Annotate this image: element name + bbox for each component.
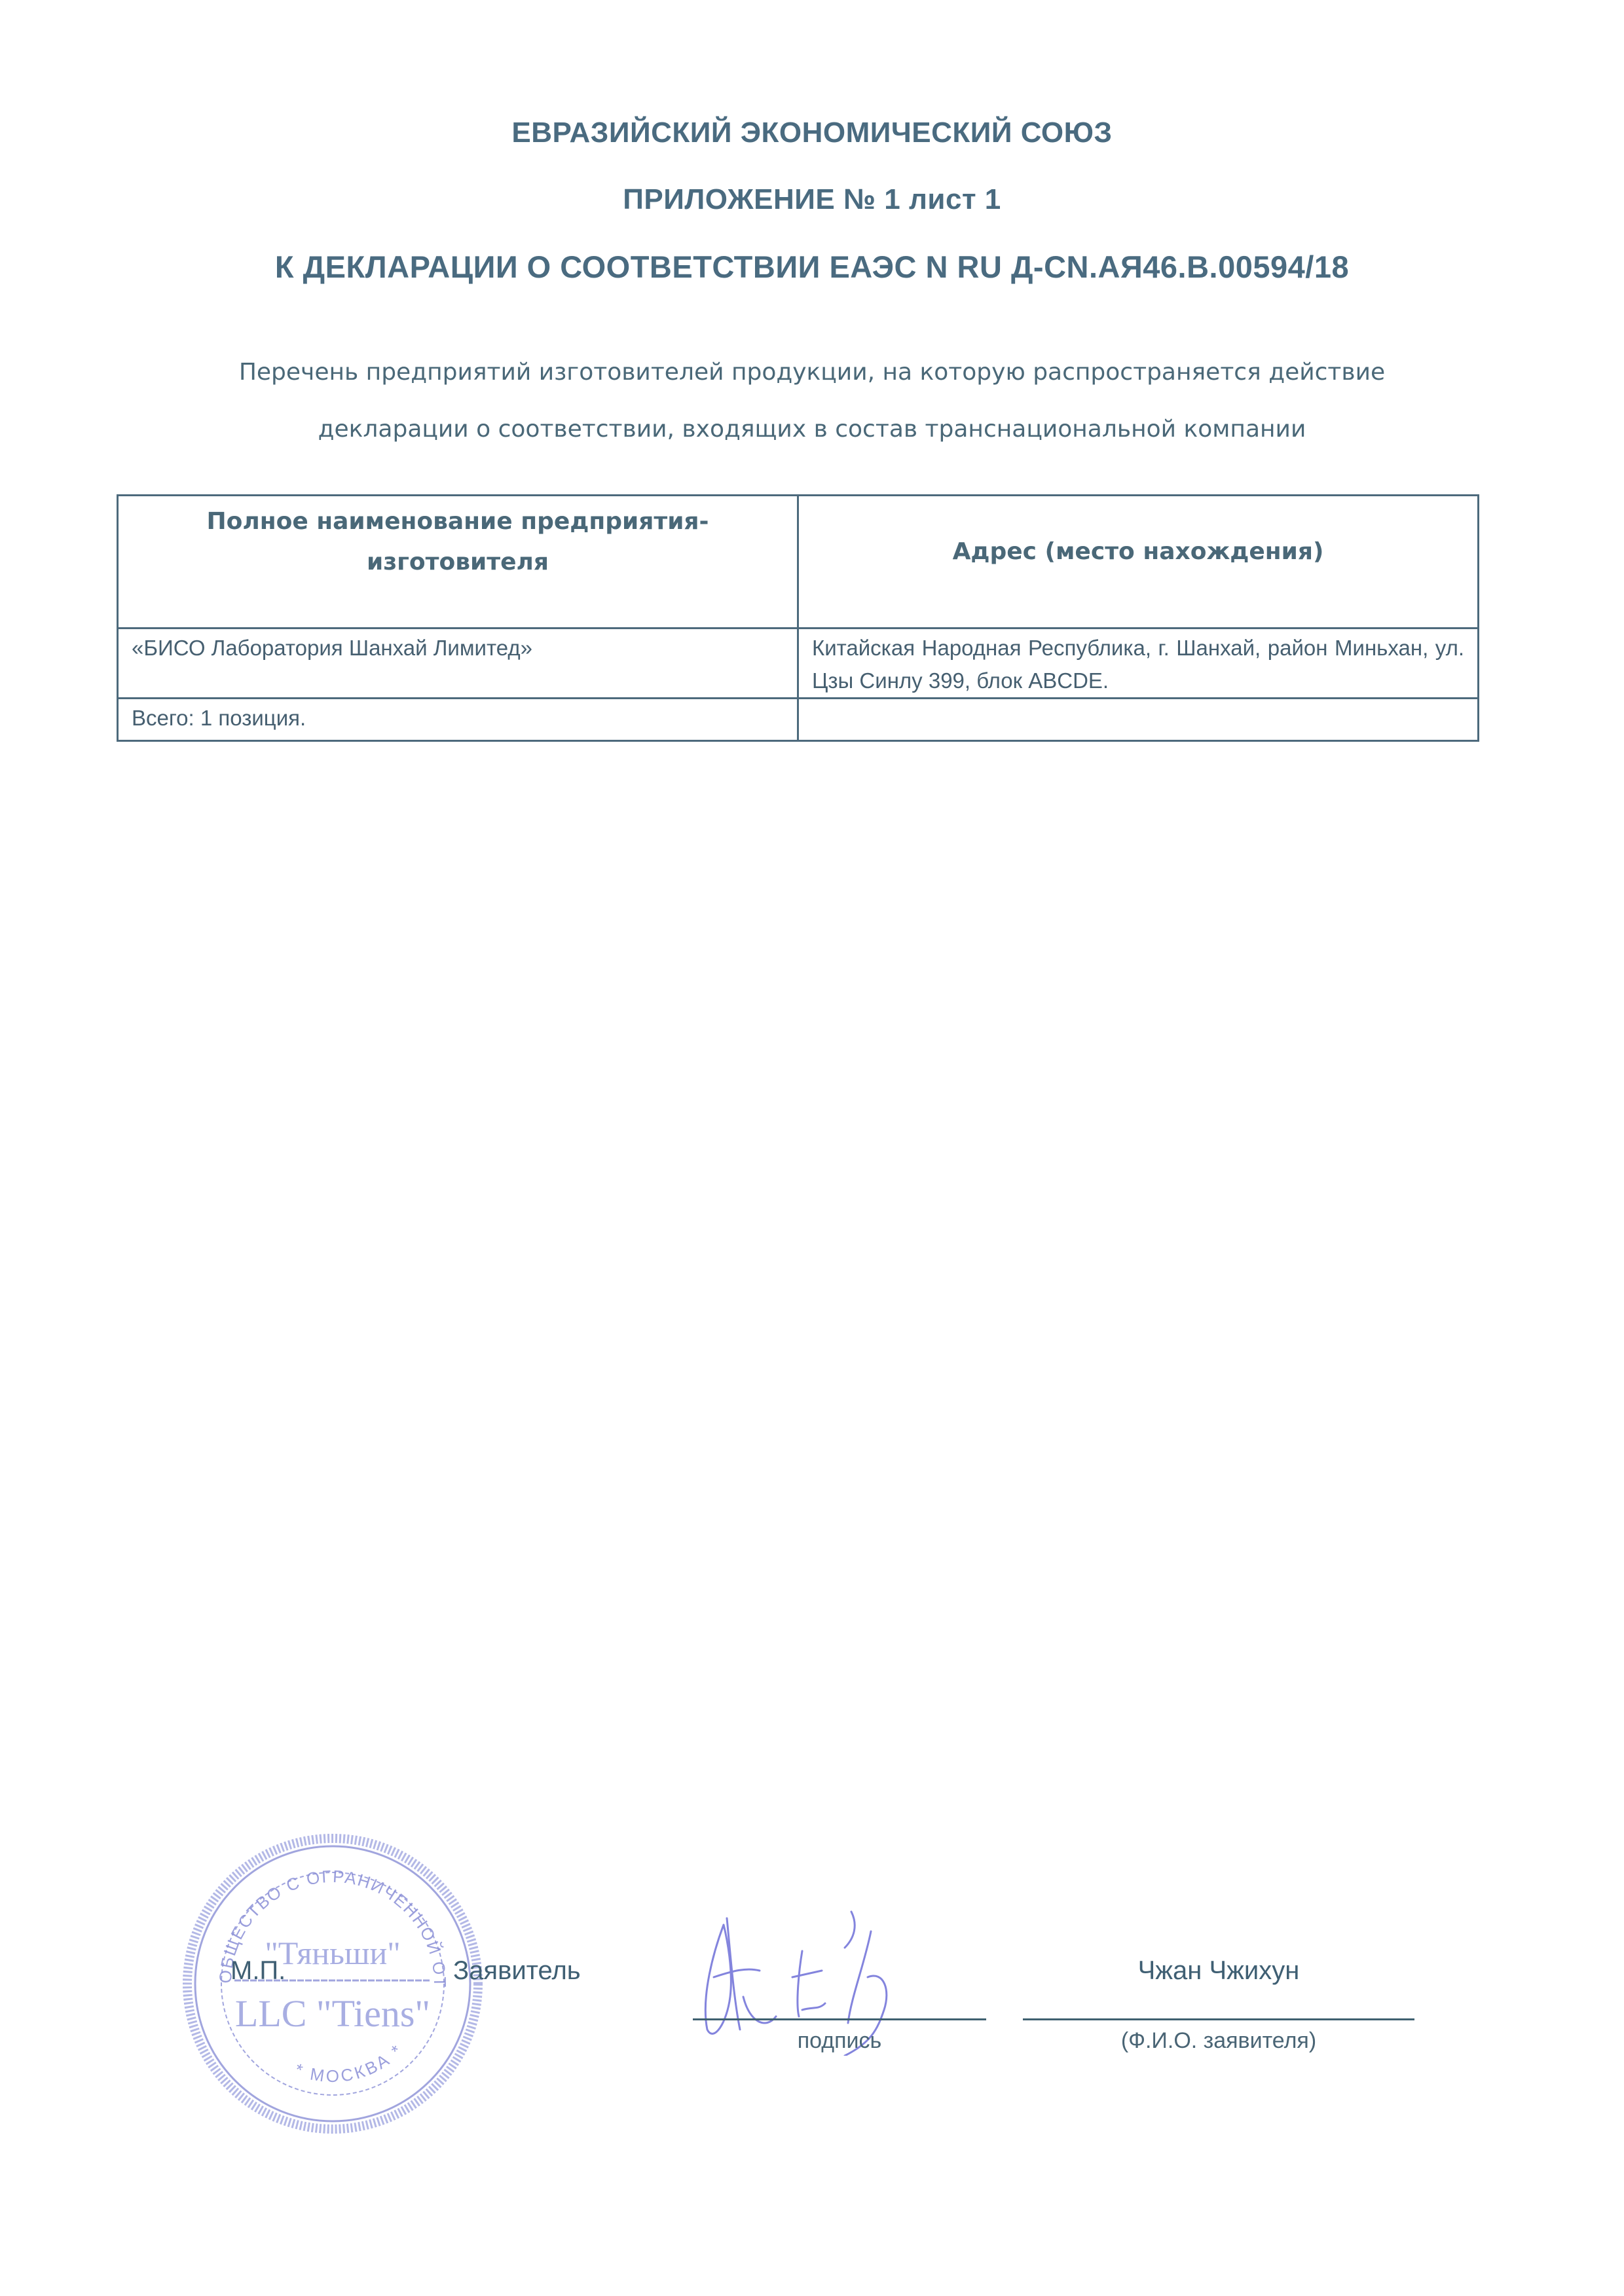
table-total-row: Всего: 1 позиция. [118, 699, 1479, 741]
total-cell: Всего: 1 позиция. [118, 699, 798, 741]
manufacturer-address-cell: Китайская Народная Республика, г. Шанхай… [798, 629, 1479, 699]
intro-line-1: Перечень предприятий изготовителей проду… [0, 359, 1624, 386]
empty-cell [798, 699, 1479, 741]
column-header-address: Адрес (место нахождения) [798, 496, 1479, 629]
table-row: «БИСО Лаборатория Шанхай Лимитед» Китайс… [118, 629, 1479, 699]
intro-line-2: декларации о соответствии, входящих в со… [0, 416, 1624, 443]
manufacturers-table: Полное наименование предприятия-изготови… [117, 494, 1479, 742]
svg-text:LLC "Tiens": LLC "Tiens" [235, 1992, 430, 2035]
declaration-number-title: К ДЕКЛАРАЦИИ О СООТВЕТСТВИИ ЕАЭС N RU Д-… [0, 249, 1624, 285]
name-line [1023, 2018, 1414, 2020]
appendix-title: ПРИЛОЖЕНИЕ № 1 лист 1 [0, 183, 1624, 216]
manufacturer-name-cell: «БИСО Лаборатория Шанхай Лимитед» [118, 629, 798, 699]
signature-caption: подпись [693, 2028, 986, 2054]
column-header-name: Полное наименование предприятия-изготови… [118, 496, 798, 629]
table-header-row: Полное наименование предприятия-изготови… [118, 496, 1479, 629]
signature-line [693, 2018, 986, 2020]
union-title: ЕВРАЗИЙСКИЙ ЭКОНОМИЧЕСКИЙ СОЮЗ [0, 117, 1624, 149]
applicant-label: Заявитель [453, 1956, 581, 1986]
stamp-place-label: М.П. [231, 1956, 286, 1986]
name-caption: (Ф.И.О. заявителя) [1023, 2028, 1414, 2054]
applicant-name: Чжан Чжихун [1023, 1956, 1414, 1986]
company-stamp-icon: ОБЩЕСТВО С ОГРАНИЧЕННОЙ ОТВЕТСТВЕННОСТЬЮ… [182, 1833, 483, 2134]
